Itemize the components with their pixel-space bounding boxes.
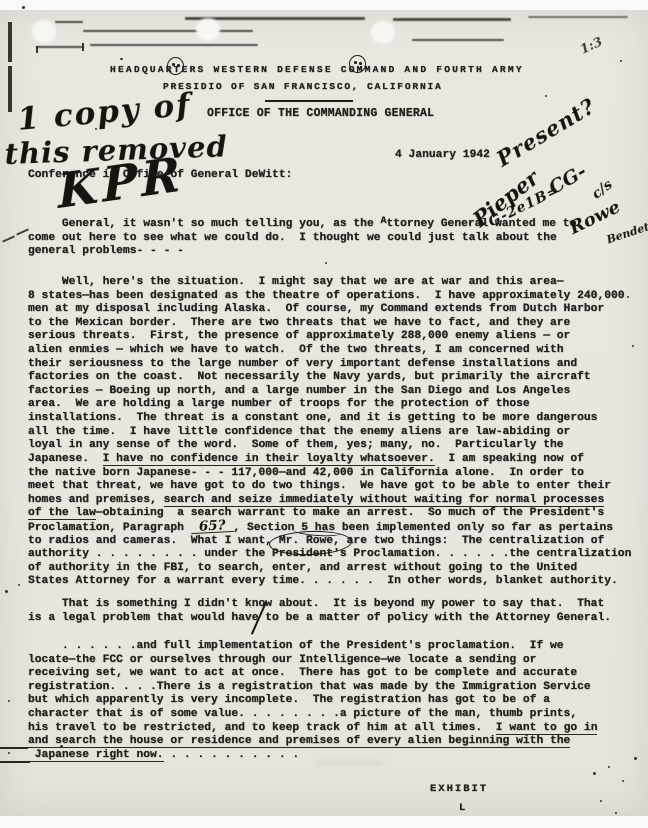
text-segment: Proclamation, Paragraph [28,522,191,534]
scan-smudge [317,761,383,765]
speck [632,345,634,347]
headquarters-line: HEADQUARTERS WESTERN DEFENSE COMMAND AND… [110,64,524,75]
speck [620,60,622,62]
text-segment: factories on the coast. Not necessarily … [28,371,591,383]
text-segment: to radios and cameras. What I want, [28,535,272,547]
text-segment: of authority in the FBI, to search, ente… [28,562,577,574]
text-segment: States Attorney for a warrant every time… [28,575,618,587]
text-segment: Japanese. [28,453,103,465]
text-line: Well, here's the situation. I might say … [28,276,631,290]
text-line: loyal in any sense of the word. Some of … [28,439,631,453]
text-line: but which apparently is very incomplete.… [28,694,597,708]
text-segment-blank: 65? [190,520,233,534]
presidio-line: PRESIDIO OF SAN FRANCISCO, CALIFORNIA [163,81,443,92]
text-line: installations. The threat is a constant … [28,412,631,426]
text-segment: been implemented only so far as pertains [335,522,613,534]
speck [608,766,610,768]
text-segment-u: and search the house or residence and pr… [28,735,570,748]
speck [60,745,63,748]
speck [95,128,97,130]
text-segment: . . . . . .and full implementation of th… [28,640,564,652]
text-segment: serious threats. First, the presence of … [28,330,570,342]
tick-line-end [82,43,84,51]
text-segment: their seriousness to the large number of… [28,358,577,370]
text-segment: . . . . . . . . . . [164,749,300,761]
text-line: area. We are holding a large number of t… [28,398,631,412]
speck [18,584,20,586]
speck [600,800,602,802]
text-line: Japanese. I have no confidence in their … [28,453,631,467]
text-line: to radios and cameras. What I want, Mr. … [28,535,631,549]
text-segment: factories — Boeing up north, and a large… [28,385,570,397]
text-line: serious threats. First, the presence of … [28,330,631,344]
text-line: States Attorney for a warrant every time… [28,575,631,589]
paragraph-reply: That is something I didn't know about. I… [28,598,611,625]
text-line: receiving set, we want to act at once. T… [28,667,597,681]
text-segment: That is something I didn't know about. I… [28,598,604,610]
scan-streak [393,18,511,21]
speck [325,262,327,264]
text-line: meet that threat, we have got to do two … [28,480,631,494]
tick-line-end [36,46,38,53]
text-line: of the law—obtaining a search warrant to… [28,507,631,521]
text-segment: locate—the FCC or ourselves through our … [28,654,536,666]
date-line: 4 January 1942 [395,149,490,161]
text-segment-u: search and seize immediately without wai… [164,494,605,507]
speck [22,6,25,9]
text-segment: is a legal problem that would have to be… [28,612,611,624]
underline-extension [0,747,28,749]
text-line: all the time. I have little confidence t… [28,426,631,440]
text-line: 8 states—has been designated as the thea… [28,290,631,304]
text-line: That is something I didn't know about. I… [28,598,611,612]
text-segment-sup: A [381,216,387,227]
scan-streak [90,44,258,46]
text-segment: receiving set, we want to act at once. T… [28,667,577,679]
text-segment: all the time. I have little confidence t… [28,426,570,438]
text-segment: character that is of some value. . . . .… [28,708,577,720]
scan-streak [528,16,628,18]
header-rule [265,100,353,102]
text-segment: 8 states—has been designated as the thea… [28,290,625,302]
text-line: to the Mexican border. There are two thr… [28,317,631,331]
punch-hole [371,21,395,44]
text-segment: come out here to see what we could do. I… [28,232,557,244]
text-segment: area. We are holding a large number of t… [28,398,530,410]
text-line: factories — Boeing up north, and a large… [28,385,631,399]
text-line: . . . . . .and full implementation of th… [28,640,597,654]
text-segment: General, it wasn't so much telling you, … [28,218,381,230]
speck [80,115,82,117]
text-segment: his travel to be restricted, and to keep… [28,722,496,734]
office-line: OFFICE OF THE COMMANDING GENERAL [207,107,434,120]
tick-line [36,46,84,48]
text-line: locate—the FCC or ourselves through our … [28,654,597,668]
text-segment: Well, here's the situation. I might say … [28,276,564,288]
text-line: the native born Japanese- - - 117,000—an… [28,467,631,481]
speck [615,812,617,814]
speck [545,95,547,97]
text-line: Japanese right now. . . . . . . . . . . [28,749,597,763]
text-segment-u: of the law [28,507,96,520]
scan-streak [55,21,83,23]
speck [627,296,629,298]
text-segment: the native born Japanese- - - 117,000—an… [28,467,584,479]
text-line: character that is of some value. . . . .… [28,708,597,722]
text-line: come out here to see what we could do. I… [28,232,576,246]
text-line: of authority in the FBI, to search, ente… [28,562,631,576]
exhibit-letter: L [459,802,467,814]
text-line: general problems- - - - [28,245,576,259]
text-line: their seriousness to the large number of… [28,358,631,372]
text-segment-circle: Mr. Rowe, [272,535,347,547]
text-segment: are two things: The centralization of [347,535,605,547]
text-segment: general problems- - - - [28,245,184,257]
speck [622,780,624,782]
edge-mark [8,22,12,62]
paragraph-situation: Well, here's the situation. I might say … [28,276,631,589]
exhibit-label: EXHIBIT [430,783,488,795]
text-segment-u: Japanese right now. [28,749,164,762]
text-segment-u: I have no confidence in their loyalty wh… [103,453,435,466]
text-segment-u: I want to go in [496,722,598,735]
text-segment: but which apparently is very incomplete.… [28,694,550,706]
underline-extension [0,761,30,763]
text-line: registration. . . .There is a registrati… [28,681,597,695]
scan-streak [412,39,504,41]
punch-hole [32,20,56,43]
text-line: is a legal problem that would have to be… [28,612,611,626]
speck [634,757,637,760]
scan-streak [83,30,253,32]
speck [5,590,8,593]
text-line: his travel to be restricted, and to keep… [28,722,597,736]
text-segment: men at my disposal including Alaska. Of … [28,303,604,315]
text-segment: to the Mexican border. There are two thr… [28,317,570,329]
text-line: factories on the coast. Not necessarily … [28,371,631,385]
text-segment: meet that threat, we have got to do two … [28,480,611,492]
text-segment: loyal in any sense of the word. Some of … [28,439,564,451]
text-segment: alien enmies — which we have to watch. O… [28,344,564,356]
text-line: homes and premises, search and seize imm… [28,494,631,508]
text-segment: installations. The threat is a constant … [28,412,597,424]
text-line: men at my disposal including Alaska. Of … [28,303,631,317]
paragraph-registration: . . . . . .and full implementation of th… [28,640,597,762]
text-segment: registration. . . .There is a registrati… [28,681,591,693]
punch-hole [196,18,220,41]
speck [593,772,596,775]
text-segment: I am speaking now of [435,453,584,465]
text-line: alien enmies — which we have to watch. O… [28,344,631,358]
speck [8,700,10,702]
text-line: and search the house or residence and pr… [28,735,597,749]
text-segment: homes and premises, [28,494,164,506]
speck [120,58,123,60]
speck [8,752,10,754]
edge-mark [8,66,12,112]
document-scan: HEADQUARTERS WESTERN DEFENSE COMMAND AND… [0,0,648,828]
text-segment: —obtaining a search warrant to make an a… [96,507,604,519]
